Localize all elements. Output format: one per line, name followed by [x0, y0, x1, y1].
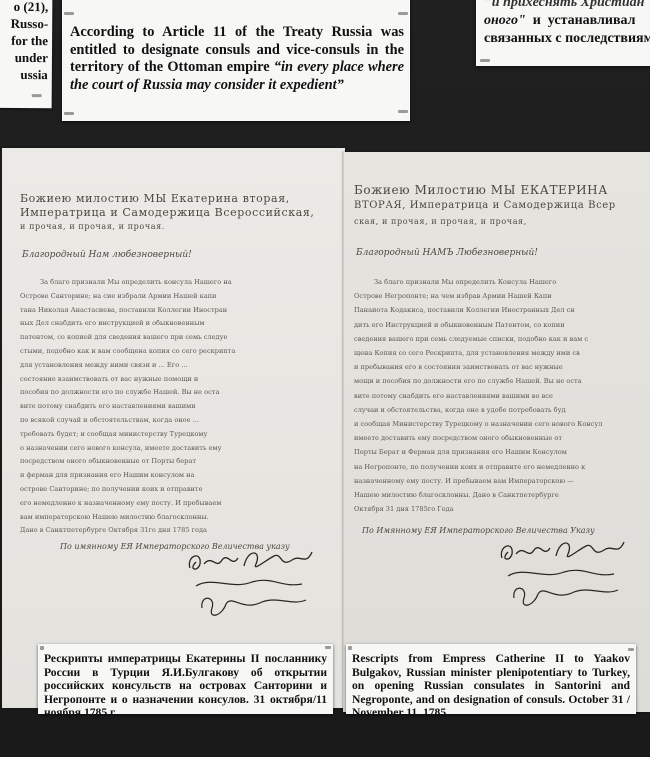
manuscript-line: тана Николая Анастасиева, поставили Колл… [20, 306, 340, 315]
manuscript-line: За благо признали Мы определить консула … [40, 278, 340, 287]
manuscript-line: и сообщая Министерству Турецкому о назна… [354, 420, 650, 429]
manuscript-line: пособия по должности его по службе Нашей… [20, 388, 340, 397]
manuscript-line: на Негропонте, по получении коих и отпра… [354, 463, 650, 472]
manuscript-line: по всякой случай и обстоятельствам, когд… [20, 416, 340, 425]
pin-icon [64, 12, 74, 15]
manuscript-line: стыми, подобно как и вам сообщена копия … [20, 347, 340, 356]
text-fragment: и устанавливал [526, 13, 636, 28]
partial-caption-left: o (21), Russo- for the under ussia [0, 0, 52, 108]
caption-text: Rescripts from Empress Catherine II to Y… [352, 652, 630, 719]
manuscript-line: ных Дел снабдить его инструкцией и обыкн… [20, 319, 340, 328]
pin-icon [40, 646, 44, 650]
document-greeting: Благородный НАМЪ Любезноверный! [356, 248, 538, 258]
partial-caption-line: for the [0, 32, 48, 49]
partial-caption-line: Russo- [0, 15, 48, 32]
manuscript-line: сведения вашего при семь следуемые списк… [354, 335, 650, 344]
manuscript-line: Острове Санторине; на сие избрали Армии … [20, 292, 340, 301]
signature-icon [494, 536, 644, 616]
pin-icon [628, 648, 634, 651]
manuscript-line: Острове Негропонте; на чем избрав Армии … [354, 292, 650, 301]
partial-caption-line: ussia [0, 66, 48, 83]
exhibit-board: o (21), Russo- for the under ussia Accor… [0, 0, 650, 757]
heading-line: Императрица и Самодержица Всероссийская, [20, 206, 315, 220]
manuscript-line: требовать будет; и сообщая министерству … [20, 430, 340, 439]
manuscript-document-left: Божиею милостию МЫ Екатерина вторая, Имп… [2, 148, 345, 708]
pin-icon [32, 94, 42, 97]
manuscript-line: Порты Берат и Ферман для признания его Н… [354, 448, 650, 457]
partial-caption-line: оного" и устанавливал [484, 12, 650, 30]
pin-icon [398, 12, 408, 15]
manuscript-line: острове Санторине; по получении коих и о… [20, 485, 340, 494]
manuscript-line: его немедленно к назначенному ему посту.… [20, 499, 340, 508]
heading-line: Божиею Милостию МЫ ЕКАТЕРИНА [354, 182, 616, 198]
manuscript-line: Дано в Санктпетербурге Октября 31го дня … [20, 526, 340, 535]
pin-icon [64, 112, 74, 115]
heading-line: и прочая, и прочая, и прочая. [20, 220, 315, 234]
manuscript-line: щена Копия со сего Рескрипта, для устано… [354, 349, 650, 358]
manuscript-line: и пребывания его в состоянии заимствоват… [354, 363, 650, 372]
heading-line: ская, и прочая, и прочая, и прочая, [354, 214, 616, 230]
pin-icon [398, 110, 408, 113]
caption-text: Рескрипты императрицы Екатерины II посла… [44, 652, 327, 719]
manuscript-line: посредством оного обыкновенные от Порты … [20, 457, 340, 466]
manuscript-line: состояние взаимствовать от вас нужные по… [20, 375, 340, 384]
heading-line: ВТОРАЯ, Императрица и Самодержица Всер [354, 198, 616, 214]
pin-icon [348, 646, 352, 650]
manuscript-line: и ферман для признания его Нашим консуло… [20, 471, 340, 480]
heading-line: Божиею милостию МЫ Екатерина вторая, [20, 192, 315, 206]
treaty-article-caption: According to Article 11 of the Treaty Ru… [62, 0, 410, 121]
italic-fragment: оного" [484, 13, 526, 28]
document-heading: Божиею милостию МЫ Екатерина вторая, Имп… [20, 192, 315, 234]
manuscript-line: вам императорскою Нашею милостию благоск… [20, 513, 340, 522]
pin-icon [480, 59, 490, 62]
manuscript-line: для установления между ними связи и ... … [20, 361, 340, 370]
manuscript-line: вите потому снабдить его наставлениями в… [20, 402, 340, 411]
partial-caption-line: o (21), [0, 0, 48, 15]
manuscript-line: назначенному ему посту. И пребываем вам … [354, 477, 650, 486]
pin-icon [325, 646, 331, 649]
manuscript-line: вите потому снабдить его наставлениями в… [354, 392, 650, 401]
partial-caption-line: under [0, 49, 48, 66]
manuscript-line: Нашею милостию благосклонны. Дано в Санк… [354, 491, 650, 500]
document-closing: По Имянному ЕЯ Императорского Величества… [362, 526, 595, 535]
manuscript-line: За благо признали Мы определить Консула … [374, 278, 650, 287]
manuscript-line: имеете доставить ему посредством оного о… [354, 434, 650, 443]
document-greeting: Благородный Нам любезноверный! [22, 250, 192, 260]
manuscript-line: дить его Инструкцией и обыкновенным Пате… [354, 321, 650, 330]
partial-caption-line: связанных с последствиям [484, 30, 650, 48]
partial-caption-right: "и прихеснять Христиан оного" и устанавл… [476, 0, 650, 66]
manuscript-line: мощи и пособия по должности его по служб… [354, 377, 650, 386]
partial-caption-line: "и прихеснять Христиан [484, 0, 650, 12]
manuscript-line: случаи и обстоятельства, когда оне в удо… [354, 406, 650, 415]
manuscript-line: Панаиота Кодакиса, поставили Коллегии Ин… [354, 306, 650, 315]
document-heading: Божиею Милостию МЫ ЕКАТЕРИНА ВТОРАЯ, Имп… [354, 182, 616, 230]
manuscript-document-right: Божиею Милостию МЫ ЕКАТЕРИНА ВТОРАЯ, Имп… [343, 152, 650, 712]
signature-icon [182, 546, 332, 626]
manuscript-line: патентом, со копией для сведения вашего … [20, 333, 340, 342]
caption-russian: Рескрипты императрицы Екатерины II посла… [38, 644, 333, 714]
manuscript-line: о назначении сего нового консула, имеете… [20, 444, 340, 453]
manuscript-line: Октября 31 дня 1785го Года [354, 505, 650, 514]
caption-english: Rescripts from Empress Catherine II to Y… [346, 644, 636, 714]
